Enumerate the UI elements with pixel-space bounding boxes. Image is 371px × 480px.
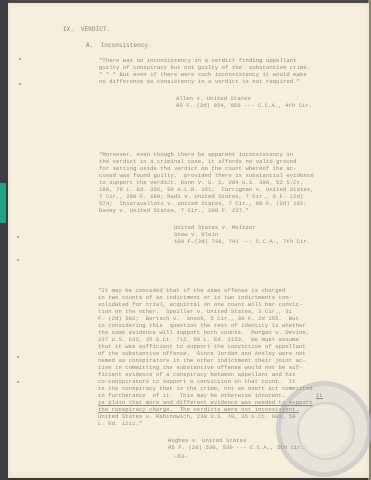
section-title: VERDICT.: [81, 27, 110, 33]
quote-line: Davey v. United States, 7 Cir., 208 F. 2…: [99, 208, 249, 214]
citation-line: 89 F. (2d) 954, 956 --- C.C.A., 4th Cir.: [176, 103, 312, 109]
punch-hole-mark: [17, 236, 19, 238]
section-number: IX.: [63, 27, 74, 33]
punch-hole-mark: [17, 356, 19, 358]
page-number: -63-: [174, 454, 188, 460]
binder-tab: [0, 183, 6, 223]
punch-hole-mark: [17, 259, 19, 261]
citation-line: 95 F. (2d) 530, 530 --- C.C.A., 5th Cir.: [168, 445, 304, 451]
subsection-title: A. Inconsistency.: [86, 43, 152, 49]
quote-line: no difference as consistency in a verdic…: [99, 79, 300, 85]
underlined-quote-line: It: [316, 393, 323, 399]
quote-line: L. Ed. 1211.": [98, 421, 142, 427]
citation-line: 100 F.(2d) 739, 741 --- C.C.A., 7th Cir.: [174, 239, 310, 245]
document-page: IX. VERDICT. A. Inconsistency. "There wa…: [8, 3, 369, 478]
punch-hole-mark: [19, 83, 21, 85]
punch-hole-mark: [19, 58, 21, 60]
punch-hole-mark: [17, 381, 19, 383]
